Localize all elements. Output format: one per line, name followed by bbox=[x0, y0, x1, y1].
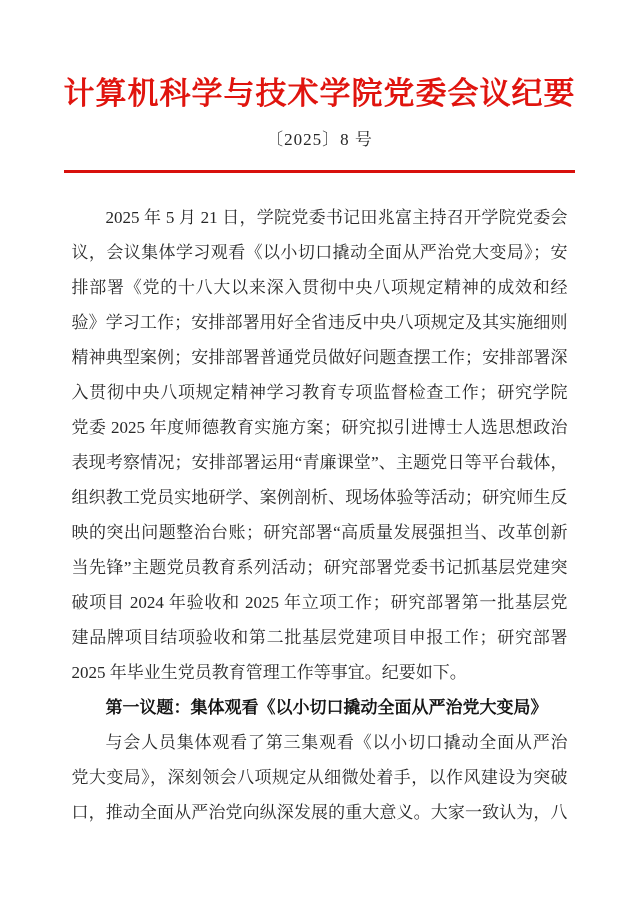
text-line: 议，会议集体学习观看《以小切口撬动全面从严治党大变局》；安 bbox=[72, 235, 568, 270]
document-page: 计算机科学与技术学院党委会议纪要 〔2025〕8 号 2025 年 5 月 21… bbox=[0, 0, 639, 905]
document-number: 〔2025〕8 号 bbox=[0, 129, 639, 151]
text-line: 党大变局》，深刻领会八项规定从细微处着手，以作风建设为突破 bbox=[72, 760, 568, 795]
opening-paragraph: 2025 年 5 月 21 日，学院党委书记田兆富主持召开学院党委会议，会议集体… bbox=[72, 200, 568, 690]
text-line: 2025 年毕业生党员教育管理工作等事宜。纪要如下。 bbox=[72, 655, 568, 690]
topic-1-paragraph: 与会人员集体观看了第三集观看《以小切口撬动全面从严治党大变局》，深刻领会八项规定… bbox=[72, 725, 568, 830]
text-line: 建品牌项目结项验收和第二批基层党建项目申报工作；研究部署 bbox=[72, 620, 568, 655]
document-body: 2025 年 5 月 21 日，学院党委书记田兆富主持召开学院党委会议，会议集体… bbox=[72, 200, 568, 830]
text-line: 与会人员集体观看了第三集观看《以小切口撬动全面从严治 bbox=[72, 725, 568, 760]
text-line: 映的突出问题整治台账；研究部署“高质量发展强担当、改革创新 bbox=[72, 515, 568, 550]
text-line: 口，推动全面从严治党向纵深发展的重大意义。大家一致认为，八 bbox=[72, 795, 568, 830]
text-line: 精神典型案例；安排部署普通党员做好问题查摆工作；安排部署深 bbox=[72, 340, 568, 375]
text-line: 当先锋”主题党员教育系列活动；研究部署党委书记抓基层党建突 bbox=[72, 550, 568, 585]
text-line: 党委 2025 年度师德教育实施方案；研究拟引进博士人选思想政治 bbox=[72, 410, 568, 445]
topic-1-heading: 第一议题：集体观看《以小切口撬动全面从严治党大变局》 bbox=[72, 690, 568, 725]
text-line: 排部署《党的十八大以来深入贯彻中央八项规定精神的成效和经 bbox=[72, 270, 568, 305]
text-line: 破项目 2024 年验收和 2025 年立项工作；研究部署第一批基层党 bbox=[72, 585, 568, 620]
document-title: 计算机科学与技术学院党委会议纪要 bbox=[0, 0, 639, 116]
text-line: 2025 年 5 月 21 日，学院党委书记田兆富主持召开学院党委会 bbox=[72, 200, 568, 235]
text-line: 组织教工党员实地研学、案例剖析、现场体验等活动；研究师生反 bbox=[72, 480, 568, 515]
text-line: 入贯彻中央八项规定精神学习教育专项监督检查工作；研究学院 bbox=[72, 375, 568, 410]
text-line: 表现考察情况；安排部署运用“青廉课堂”、主题党日等平台载体， bbox=[72, 445, 568, 480]
red-divider-line bbox=[64, 170, 575, 173]
text-line: 验》学习工作；安排部署用好全省违反中央八项规定及其实施细则 bbox=[72, 305, 568, 340]
